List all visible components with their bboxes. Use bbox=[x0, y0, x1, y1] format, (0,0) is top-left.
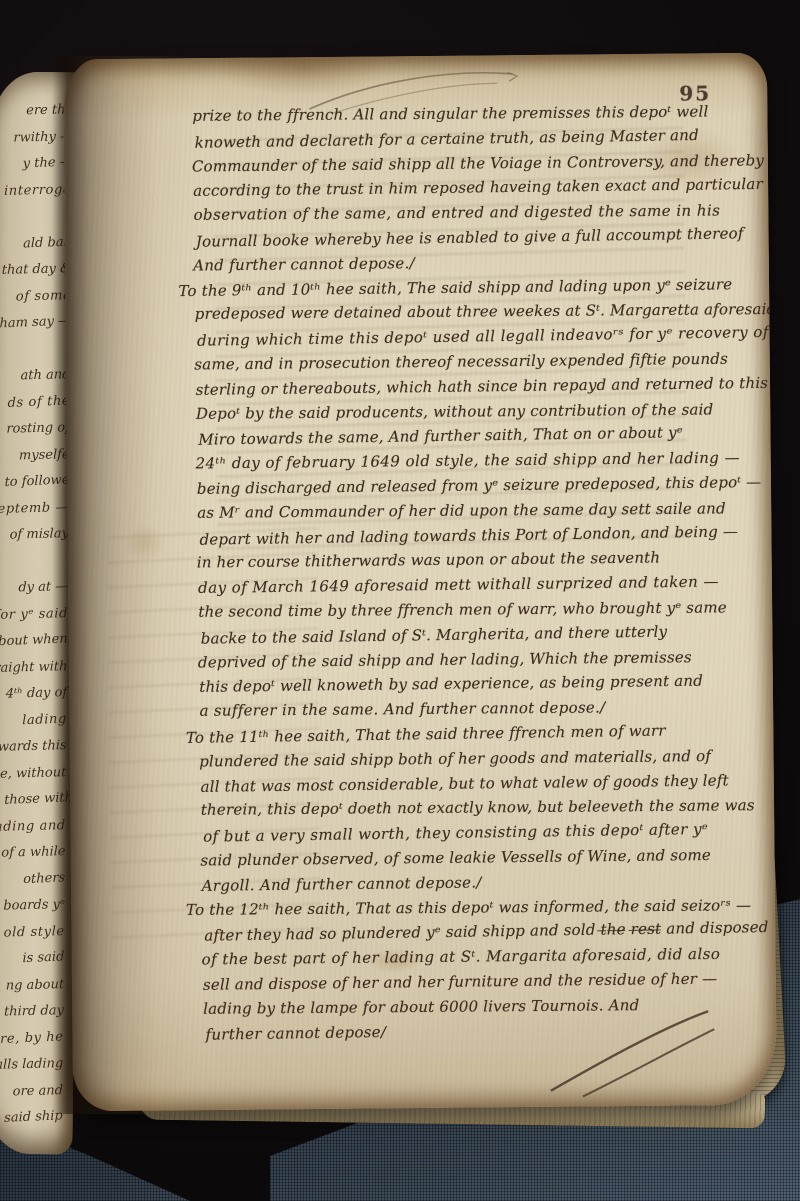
left-page-line: others bbox=[0, 865, 65, 895]
left-page-line: about when bbox=[0, 626, 68, 656]
left-page-line: ere tha bbox=[0, 97, 73, 126]
left-page-line: of mislay bbox=[0, 521, 69, 550]
left-page-line: said ship bbox=[0, 1103, 63, 1133]
left-page-line: that day & bbox=[0, 256, 72, 285]
left-page-line: third day bbox=[0, 998, 64, 1027]
left-page-line: y the — bbox=[0, 149, 73, 179]
left-page-line: ham say — bbox=[0, 308, 71, 338]
right-page: 95 prize to the ffrench. All and singula… bbox=[63, 53, 777, 1112]
manuscript-photo: ere tharwithy —y the —d interrogat ald b… bbox=[0, 0, 800, 1201]
left-page-line: lse, without bbox=[0, 760, 66, 789]
left-page-line: ds of the bbox=[0, 388, 70, 418]
left-page-line: ore and bbox=[0, 1078, 63, 1107]
left-page-line: old style bbox=[0, 919, 65, 948]
left-page-line: to followe bbox=[0, 467, 69, 497]
left-page-line: for yᵉ said bbox=[0, 601, 68, 630]
manuscript-text: prize to the ffrench. All and singular t… bbox=[192, 98, 755, 1047]
left-page-line bbox=[0, 1131, 63, 1155]
left-page-line: dy at — bbox=[0, 574, 68, 603]
left-page-line bbox=[0, 547, 69, 577]
left-page-line: of a while bbox=[0, 839, 66, 868]
left-page-line: alls lading bbox=[0, 1051, 63, 1080]
left-page-line: Septemb — bbox=[0, 495, 69, 524]
left-page-line: boards yᵉ bbox=[0, 892, 65, 921]
left-page-line: raight with bbox=[0, 654, 68, 683]
left-page-line: ath and bbox=[0, 362, 71, 391]
left-page-line: of some bbox=[0, 283, 71, 312]
left-page-line: wards this bbox=[0, 733, 67, 762]
left-page-line: rwithy — bbox=[0, 124, 73, 153]
left-page-line: rosting of bbox=[0, 415, 70, 444]
left-page-line: is said bbox=[0, 944, 64, 974]
pen-flourish-end bbox=[540, 1005, 721, 1099]
manuscript-line: deprived of the said shipp and her ladin… bbox=[198, 644, 750, 675]
left-page-line bbox=[0, 203, 72, 232]
left-page-line: lading bbox=[0, 706, 67, 736]
left-page-line: d interrogat bbox=[0, 177, 73, 206]
left-page-line bbox=[0, 336, 71, 365]
left-page-line: 4ᵗʰ day of bbox=[0, 680, 67, 709]
left-page-line: ed those with bbox=[0, 785, 66, 815]
left-page-line: lading and bbox=[0, 813, 66, 842]
left-page-line: myselfe bbox=[0, 442, 70, 471]
left-page-line: re, by he bbox=[0, 1024, 64, 1054]
left-page-line: ald ball bbox=[0, 229, 72, 259]
left-page-line: ng about bbox=[0, 972, 64, 1001]
